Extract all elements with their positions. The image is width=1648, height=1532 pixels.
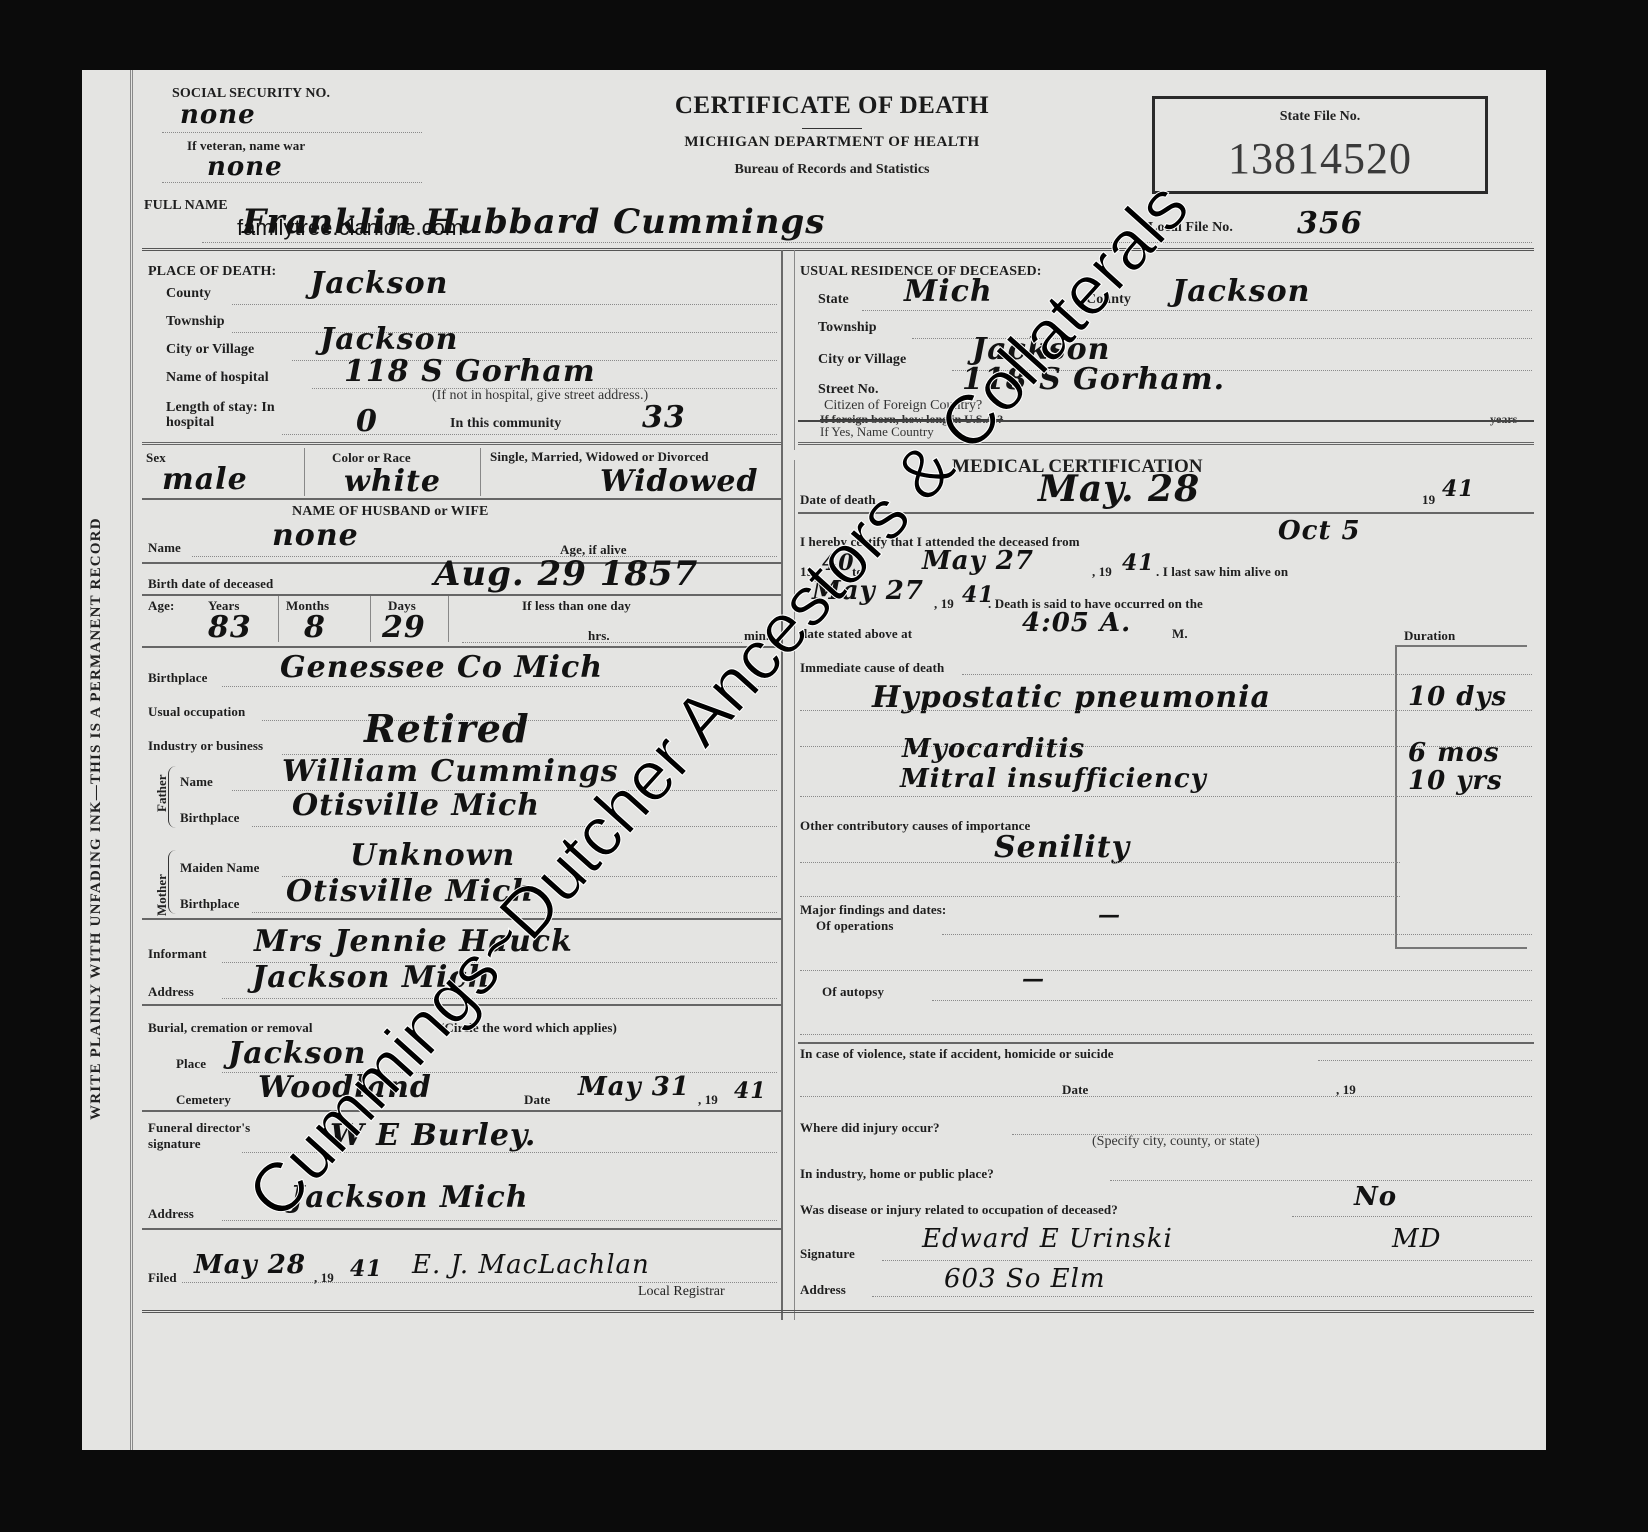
divider [142,646,782,648]
cell-rule [304,448,305,496]
birth-date-value: Aug. 29 1857 [434,554,698,594]
veteran-line [162,182,422,183]
father-name-value: William Cummings [282,754,619,789]
site-watermark: familytree.clanlore.com [237,215,463,241]
hospital-value: 118 S Gorham [344,354,596,389]
res-street-label: Street No. [818,382,879,398]
injury-where-label: Where did injury occur? [800,1120,940,1136]
race-value: white [344,464,441,499]
stay-label: Length of stay: In hospital [166,400,286,430]
line [232,332,777,333]
divider [142,918,782,920]
divider [142,498,782,500]
line [800,862,1400,863]
department-name: MICHIGAN DEPARTMENT OF HEALTH [622,134,1042,151]
registrar-signature: E. J. MacLachlan [412,1250,650,1280]
physician-address-value: 603 So Elm [944,1264,1106,1294]
duration-label: Duration [1404,628,1455,644]
hospital-label: Name of hospital [166,370,269,386]
operations-label: Of operations [816,918,894,934]
informant-address-label: Address [148,984,194,1000]
cause-label: Immediate cause of death [800,660,944,676]
pod-county-label: County [166,286,211,302]
to-year-value: 41 [1122,550,1155,576]
line [942,934,1532,935]
line [882,1260,1532,1261]
less-than-day-label: If less than one day [522,598,631,614]
attended-from-value: Oct 5 [1278,516,1361,546]
father-birthplace-value: Otisville Mich [292,788,540,823]
time-suffix: M. [1172,626,1188,642]
local-file-value: 356 [1297,206,1363,241]
burial-label: Burial, cremation or removal [148,1020,313,1036]
burial-year-prefix: , 19 [698,1092,718,1108]
state-file-box: State File No. 13814520 [1152,96,1488,194]
divider [798,1042,1534,1044]
findings-label: Major findings and dates: [800,902,946,918]
father-brace [168,766,179,828]
burial-year-value: 41 [734,1078,767,1104]
pod-city-value: Jackson [320,322,458,357]
violence-label: In case of violence, state if accident, … [800,1046,1114,1062]
cell-rule [370,596,371,642]
state-file-number: 13814520 [1155,133,1485,184]
line [462,642,742,643]
mother-maiden-label: Maiden Name [180,860,259,876]
bottom-divider [142,1310,1534,1313]
funeral-address-label: Address [148,1206,194,1222]
occupation-related-label: Was disease or injury related to occupat… [800,1202,1118,1218]
state-file-label: State File No. [1155,109,1485,125]
line [1292,1216,1532,1217]
divider [142,1110,782,1112]
place-of-death-heading: PLACE OF DEATH: [148,264,276,280]
line [1318,1060,1532,1061]
line [800,970,1532,971]
informant-label: Informant [148,946,207,962]
birth-date-label: Birth date of deceased [148,576,273,592]
death-certificate: WRITE PLAINLY WITH UNFADING INK—THIS IS … [82,70,1546,1450]
operations-value: — [1098,902,1121,928]
to-value: May 27 [922,546,1034,576]
pod-county-value: Jackson [310,266,448,301]
name-line [202,242,1532,243]
permanent-record-note: WRITE PLAINLY WITH UNFADING INK—THIS IS … [88,517,105,1120]
years-value: 83 [208,610,252,645]
days-value: 29 [382,610,426,645]
spouse-name-label: Name [148,540,181,556]
res-city-label: City or Village [818,352,906,368]
last-saw-year-prefix: , 19 [934,596,954,612]
father-birthplace-label: Birthplace [180,810,240,826]
burial-date-label: Date [524,1092,550,1108]
physician-signature-label: Signature [800,1246,855,1262]
autopsy-label: Of autopsy [822,984,884,1000]
line [252,826,777,827]
res-county-value: Jackson [1172,274,1310,309]
mother-birthplace-label: Birthplace [180,896,240,912]
line [800,1096,1532,1097]
strike-line [798,420,1534,422]
veteran-value: none [207,152,283,182]
line [1110,1180,1532,1181]
physician-signature-suffix: MD [1392,1224,1441,1254]
line [862,310,1532,311]
birthplace-value: Genessee Co Mich [280,650,603,685]
autopsy-value: — [1022,966,1045,992]
full-name-label-text: FULL NAME [144,198,228,213]
father-name-label: Name [180,774,213,790]
physician-signature-value: Edward E Urinski [922,1224,1173,1254]
line [222,1220,777,1221]
divider [142,594,782,596]
line [962,674,1532,675]
physician-address-label: Address [800,1282,846,1298]
pod-city-label: City or Village [166,342,254,358]
cause-2: Myocarditis [902,734,1085,764]
title-rule [802,128,862,129]
death-date-value: May. 28 [1038,468,1200,510]
stay-community-value: 33 [642,400,686,435]
ssn-line [162,132,422,133]
line [800,710,1532,711]
res-township-label: Township [818,320,877,336]
stay-community-label: In this community [450,416,561,432]
mother-brace [168,850,179,914]
line [800,896,1400,897]
duration-2: 6 mos [1408,738,1500,768]
burial-place-label: Place [176,1056,206,1072]
injury-where-note: (Specify city, county, or state) [1092,1134,1260,1150]
occupation-label: Usual occupation [148,704,245,720]
line [800,1034,1532,1035]
duration-1: 10 dys [1408,682,1507,712]
line [1012,1134,1532,1135]
pod-township-label: Township [166,314,225,330]
divider [142,1228,782,1230]
cell-rule [448,596,449,642]
registrar-label: Local Registrar [638,1284,725,1300]
hospital-note: (If not in hospital, give street address… [432,388,648,404]
marital-value: Widowed [600,464,758,499]
ssn-value: none [180,100,256,130]
res-state-value: Mich [904,274,993,309]
filed-value: May 28 [194,1250,306,1280]
contributory-value: Senility [994,830,1130,865]
mother-maiden-value: Unknown [350,838,515,873]
marital-label: Single, Married, Widowed or Divorced [490,450,750,464]
burial-date-value: May 31 [578,1072,690,1102]
filed-year-prefix: , 19 [314,1270,334,1286]
birthplace-label: Birthplace [148,670,208,686]
age-label: Age: [148,598,174,614]
to-year-prefix: , 19 [1092,564,1112,580]
cell-rule [278,596,279,642]
last-saw-label: . I last saw him alive on [1156,564,1288,580]
res-state-label: State [818,292,849,308]
sex-value: male [162,462,248,497]
time-value: 4:05 A. [1022,608,1131,638]
death-year-value: 41 [1442,476,1475,502]
funeral-director-label: Funeral director's signature [148,1120,258,1152]
divider [142,442,782,445]
occupation-related-value: No [1354,1182,1397,1212]
filed-year-value: 41 [350,1256,383,1282]
cell-rule [480,448,481,496]
full-name-label: FULL NAME [144,198,228,214]
cause-3: Mitral insufficiency [900,764,1207,794]
months-value: 8 [304,610,326,645]
margin-rule [130,70,133,1450]
line [232,304,777,305]
line [872,1296,1532,1297]
line [282,434,777,435]
header-divider [142,248,1534,251]
column-divider [781,250,783,1320]
residence-rule [794,250,795,450]
line [932,1000,1532,1001]
industry-value: Retired [364,706,530,751]
duration-3: 10 yrs [1408,766,1503,796]
line [182,1282,777,1283]
cemetery-label: Cemetery [176,1092,231,1108]
bureau-name: Bureau of Records and Statistics [622,162,1042,178]
death-year-prefix: 19 [1422,492,1435,508]
industry-label: Industry or business [148,738,263,754]
spouse-name-value: none [272,518,359,553]
filed-label: Filed [148,1270,177,1286]
line [800,796,1532,797]
certificate-title: CERTIFICATE OF DEATH [622,92,1042,120]
injury-place-label: In industry, home or public place? [800,1166,994,1182]
